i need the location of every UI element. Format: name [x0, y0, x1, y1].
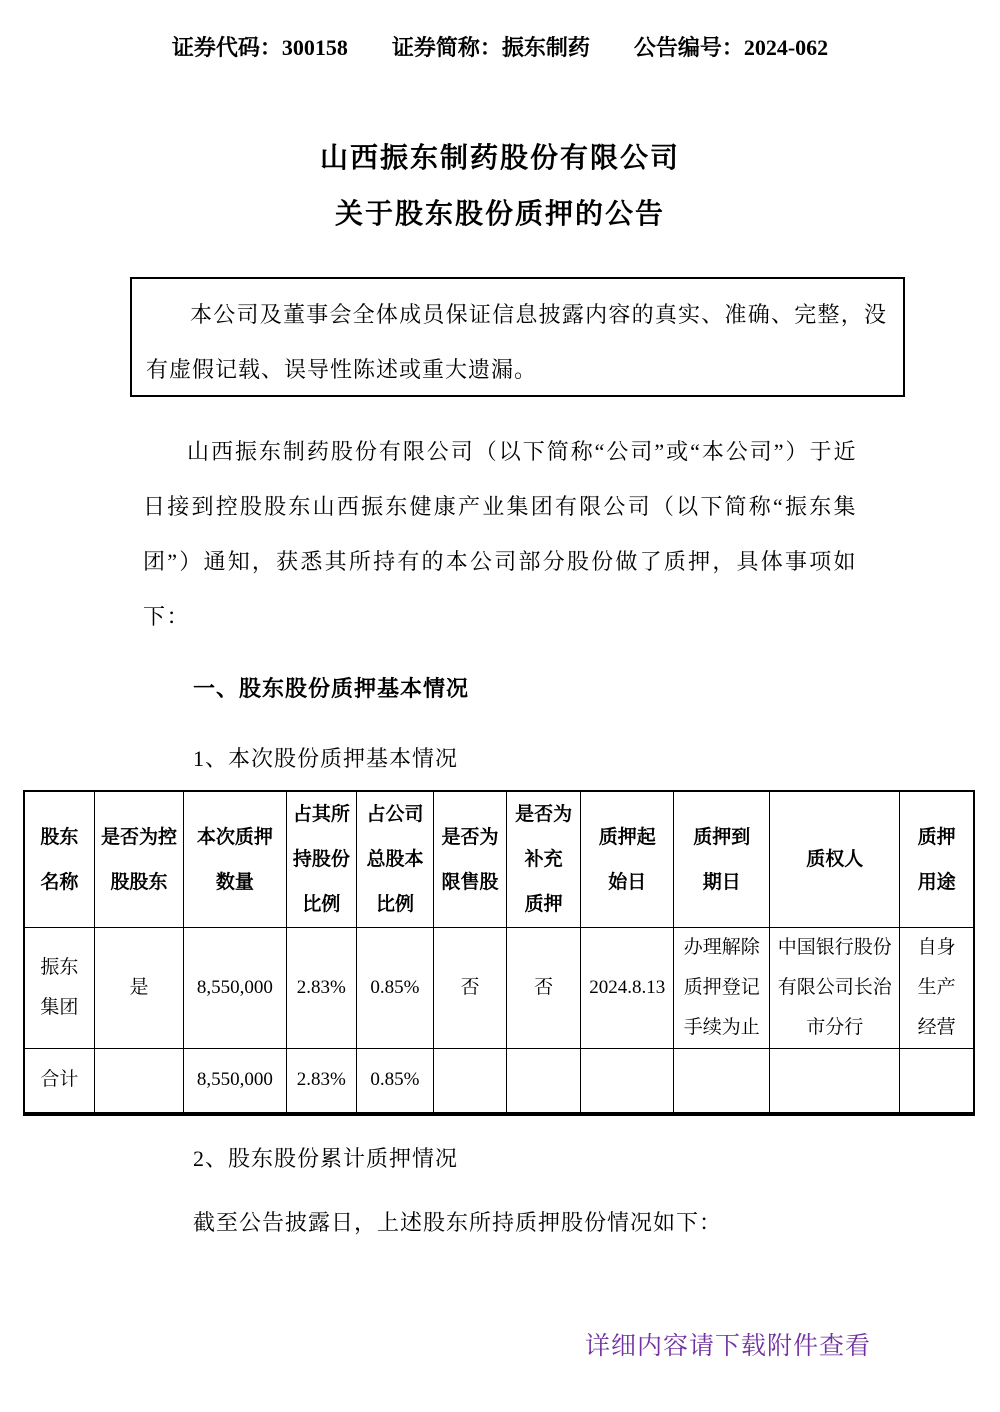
cell-start-date: 2024.8.13	[581, 928, 674, 1049]
cell-total-pct-of-holdings: 2.83%	[286, 1049, 356, 1114]
col-header-pledgee: 质权人	[770, 791, 900, 928]
cell-total-pct-of-total: 0.85%	[356, 1049, 433, 1114]
cell-total-pledgee	[770, 1049, 900, 1114]
cell-pct-of-holdings: 2.83%	[286, 928, 356, 1049]
cell-purpose: 自身 生产 经营	[900, 928, 974, 1049]
col-header-shareholder-name: 股东 名称	[24, 791, 94, 928]
table-row-zhendong-group: 振东 集团 是 8,550,000 2.83% 0.85% 否 否 2024.8…	[24, 928, 974, 1049]
cell-pct-of-total: 0.85%	[356, 928, 433, 1049]
announcement-title: 关于股东股份质押的公告	[0, 192, 1000, 232]
cell-total-controlling	[94, 1049, 183, 1114]
download-attachment-link[interactable]: 详细内容请下载附件查看	[585, 1326, 871, 1362]
col-header-end-date: 质押到 期日	[674, 791, 770, 928]
security-code: 证券代码：300158	[172, 31, 348, 62]
disclaimer-text: 本公司及董事会全体成员保证信息披露内容的真实、准确、完整，没有虚假记载、误导性陈…	[146, 302, 887, 382]
cell-controlling: 是	[94, 928, 183, 1049]
section1-heading: 一、股东股份质押基本情况	[193, 672, 469, 703]
section2-text: 截至公告披露日，上述股东所持质押股份情况如下：	[193, 1206, 722, 1237]
table-header-row: 股东 名称 是否为控 股股东 本次质押 数量 占其所 持股份 比例 占公司 总股…	[24, 791, 974, 928]
announcement-number: 公告编号：2024-062	[634, 31, 828, 62]
col-header-pct-of-total: 占公司 总股本 比例	[356, 791, 433, 928]
col-header-pct-of-holdings: 占其所 持股份 比例	[286, 791, 356, 928]
cell-pledgee: 中国银行股份 有限公司长治 市分行	[770, 928, 900, 1049]
security-meta-row: 证券代码：300158 证券简称：振东制药 公告编号：2024-062	[0, 31, 1000, 62]
col-header-supplementary: 是否为 补充 质押	[507, 791, 581, 928]
pledge-table: 股东 名称 是否为控 股股东 本次质押 数量 占其所 持股份 比例 占公司 总股…	[23, 790, 975, 1116]
cell-pledged-quantity: 8,550,000	[184, 928, 287, 1049]
col-header-controlling: 是否为控 股股东	[94, 791, 183, 928]
col-header-pledged-quantity: 本次质押 数量	[184, 791, 287, 928]
col-header-purpose: 质押 用途	[900, 791, 974, 928]
cell-total-start-date	[581, 1049, 674, 1114]
section2-sub2-heading: 2、股东股份累计质押情况	[193, 1142, 458, 1173]
cell-shareholder-name: 振东 集团	[24, 928, 94, 1049]
cell-supplementary: 否	[507, 928, 581, 1049]
cell-total-restricted	[433, 1049, 506, 1114]
security-name: 证券简称：振东制药	[392, 31, 590, 62]
col-header-restricted: 是否为 限售股	[433, 791, 506, 928]
cell-total-end-date	[674, 1049, 770, 1114]
announcement-page: 证券代码：300158 证券简称：振东制药 公告编号：2024-062 山西振东…	[0, 0, 1000, 1412]
table-row-total: 合计 8,550,000 2.83% 0.85%	[24, 1049, 974, 1114]
cell-restricted: 否	[433, 928, 506, 1049]
cell-total-purpose	[900, 1049, 974, 1114]
company-title: 山西振东制药股份有限公司	[0, 136, 1000, 176]
disclaimer-box: 本公司及董事会全体成员保证信息披露内容的真实、准确、完整，没有虚假记载、误导性陈…	[130, 277, 905, 397]
section1-sub1-heading: 1、本次股份质押基本情况	[193, 742, 458, 773]
cell-total-label: 合计	[24, 1049, 94, 1114]
cell-end-date: 办理解除 质押登记 手续为止	[674, 928, 770, 1049]
intro-paragraph: 山西振东制药股份有限公司（以下简称“公司”或“本公司”）于近日接到控股股东山西振…	[143, 424, 857, 644]
cell-total-supplementary	[507, 1049, 581, 1114]
cell-total-quantity: 8,550,000	[184, 1049, 287, 1114]
col-header-start-date: 质押起 始日	[581, 791, 674, 928]
